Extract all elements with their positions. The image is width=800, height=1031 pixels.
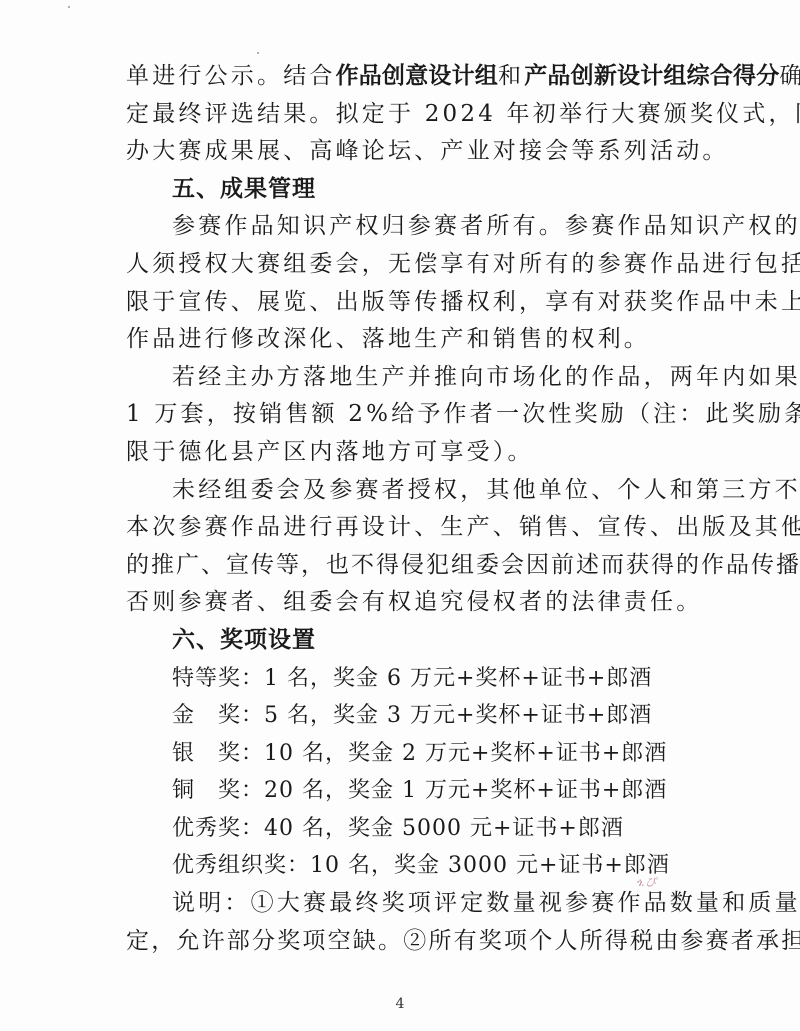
paragraph-line: 参赛作品知识产权归参赛者所有。参赛作品知识产权的权利: [126, 208, 726, 246]
bold-text-run: 作品创意设计组: [336, 63, 498, 89]
section-heading-award-settings: 六、奖项设置: [126, 622, 726, 660]
paragraph-line: 本次参赛作品进行再设计、生产、销售、宣传、出版及其他形式: [126, 509, 726, 547]
award-item-gold: 金 奖：5 名，奖金 3 万元+奖杯+证书+郎酒: [126, 697, 726, 735]
handwritten-mark: ጎ.ぴ: [636, 874, 656, 890]
section-heading-results-management: 五、成果管理: [126, 171, 726, 209]
scan-speck: [68, 6, 70, 8]
paragraph-line: 办大赛成果展、高峰论坛、产业对接会等系列活动。: [126, 133, 726, 171]
award-item-bronze: 铜 奖：20 名，奖金 1 万元+奖杯+证书+郎酒: [126, 772, 726, 810]
paragraph-line: 的推广、宣传等，也不得侵犯组委会因前述而获得的作品传播权，: [126, 547, 726, 585]
document-body: 单进行公示。结合作品创意设计组和产品创新设计组综合得分确 定最终评选结果。拟定于…: [126, 58, 726, 960]
award-item-silver: 银 奖：10 名，奖金 2 万元+奖杯+证书+郎酒: [126, 735, 726, 773]
note-line: 说明：①大赛最终奖项评定数量视参赛作品数量和质量而: [126, 885, 726, 923]
paragraph-line: 单进行公示。结合作品创意设计组和产品创新设计组综合得分确: [126, 58, 726, 96]
paragraph-line: 否则参赛者、组委会有权追究侵权者的法律责任。: [126, 584, 726, 622]
text-run: 和: [498, 63, 524, 89]
note-line: 定，允许部分奖项空缺。②所有奖项个人所得税由参赛者承担。: [126, 923, 726, 961]
paragraph-line: 人须授权大赛组委会，无偿享有对所有的参赛作品进行包括但不: [126, 246, 726, 284]
paragraph-line: 作品进行修改深化、落地生产和销售的权利。: [126, 321, 726, 359]
page-number: 4: [0, 996, 800, 1012]
award-item-grand-prize: 特等奖：1 名，奖金 6 万元+奖杯+证书+郎酒: [126, 660, 726, 698]
paragraph-line: 1 万套，按销售额 2%给予作者一次性奖励（注：此奖励条款仅: [126, 396, 726, 434]
award-item-excellence: 优秀奖：40 名，奖金 5000 元+证书+郎酒: [126, 810, 726, 848]
paragraph-line: 限于德化县产区内落地方可享受）。: [126, 434, 726, 472]
paragraph-line: 若经主办方落地生产并推向市场化的作品，两年内如果销售: [126, 359, 726, 397]
paragraph-line: 定最终评选结果。拟定于 2024 年初举行大赛颁奖仪式，同期举: [126, 96, 726, 134]
scan-speck: [257, 52, 259, 54]
text-run: 确: [779, 63, 800, 89]
bold-text-run: 产品创新设计组综合得分: [524, 63, 779, 89]
text-run: 单进行公示。结合: [126, 63, 336, 89]
paragraph-line: 未经组委会及参赛者授权，其他单位、个人和第三方不得将: [126, 472, 726, 510]
document-page: 单进行公示。结合作品创意设计组和产品创新设计组综合得分确 定最终评选结果。拟定于…: [0, 0, 800, 1031]
paragraph-line: 限于宣传、展览、出版等传播权利，享有对获奖作品中未上市的: [126, 284, 726, 322]
